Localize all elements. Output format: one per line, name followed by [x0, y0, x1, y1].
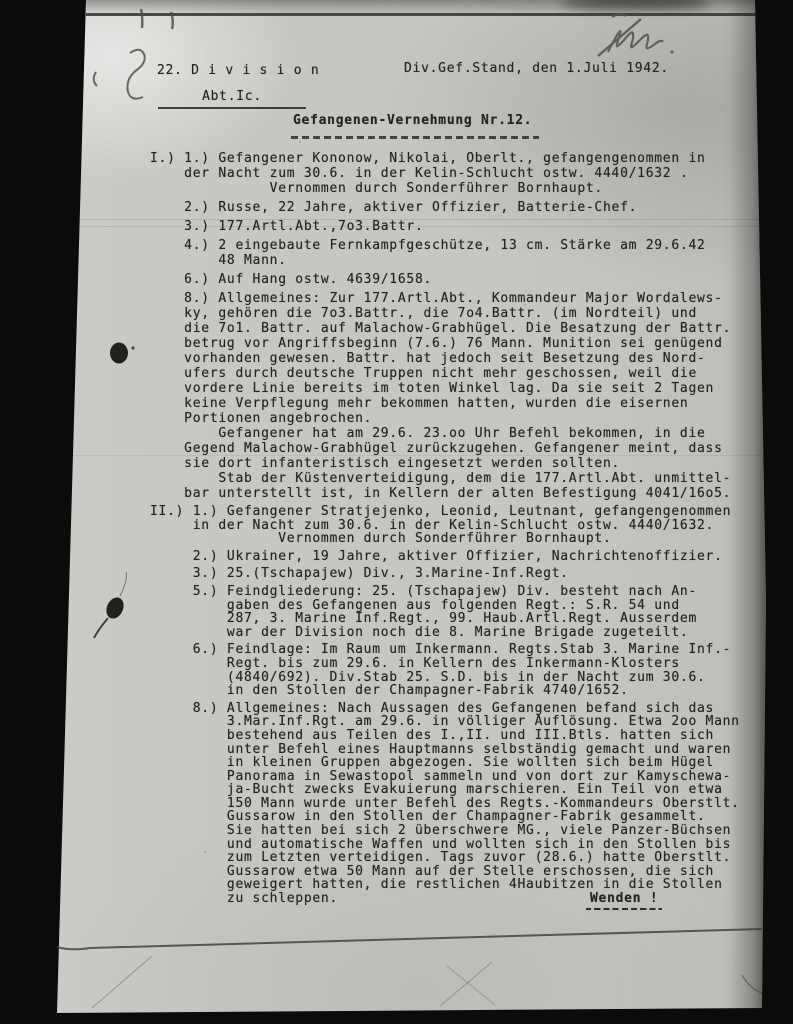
body-item: 2.) Ukrainer, 19 Jahre, aktiver Offizier…: [150, 550, 750, 564]
document-scan: 22. D i v i s i o n Abt.Ic. Div.Gef.Stan…: [0, 0, 793, 1024]
department-line: Abt.Ic.: [158, 85, 306, 109]
text-line: Vernommen durch Sonderführer Bornhaupt.: [150, 532, 750, 546]
text-line: 48 Mann.: [150, 253, 750, 268]
body-item: 8.) Allgemeines: Nach Aussagen des Gefan…: [150, 702, 750, 906]
text-line: 2.) Ukrainer, 19 Jahre, aktiver Offizier…: [150, 550, 750, 564]
text-line: Sie hatten bei sich 2 überschwere MG., v…: [150, 824, 750, 838]
body-item: 4.) 2 eingebaute Fernkampfgeschütze, 13 …: [150, 238, 750, 268]
text-line: 6.) Auf Hang ostw. 4639/1658.: [150, 272, 750, 287]
document-title: Gefangenen-Vernehmung Nr.12.: [293, 113, 532, 128]
text-line: II.) 1.) Gefangener Stratjejenko, Leonid…: [150, 505, 750, 519]
text-line: vorhanden gewesen. Battr. hat jedoch sei…: [150, 351, 750, 366]
text-line: gaben des Gefangenen aus folgenden Regt.…: [150, 599, 750, 613]
text-line: Regt. bis zum 29.6. in Kellern des Inker…: [150, 657, 750, 671]
body-item: 8.) Allgemeines: Zur 177.Artl.Abt., Komm…: [150, 291, 750, 501]
department-label: Abt.Ic.: [202, 89, 262, 104]
unit-designation: 22. D i v i s i o n: [157, 63, 319, 78]
text-line: der Nacht zum 30.6. in der Kelin-Schluch…: [150, 166, 750, 181]
text-line: 6.) Feindlage: Im Raum um Inkermann. Reg…: [150, 643, 750, 657]
text-line: (4840/692). Div.Stab 25. S.D. bis in der…: [150, 671, 750, 685]
text-line: 2.) Russe, 22 Jahre, aktiver Offizier, B…: [150, 200, 750, 215]
text-line: vordere Linie bereits im toten Winkel la…: [150, 381, 750, 396]
text-line: ja-Bucht zwecks Evakuierung marschieren.…: [150, 783, 750, 797]
text-line: in den Stollen der Champagner-Fabrik 474…: [150, 684, 750, 698]
text-line: 3.Mar.Inf.Rgt. am 29.6. in völliger Aufl…: [150, 715, 750, 729]
text-line: Portionen angebrochen.: [150, 411, 750, 426]
top-fold-line: [86, 13, 758, 16]
text-line: sie dort infanteristisch eingesetzt werd…: [150, 456, 750, 471]
text-line: unter Befehl eines Hauptmanns selbständi…: [150, 743, 750, 757]
text-line: betrug vor Angriffsbeginn (7.6.) 76 Mann…: [150, 336, 750, 351]
text-line: Gussarow in den Stollen der Champagner-F…: [150, 810, 750, 824]
text-line: 8.) Allgemeines: Nach Aussagen des Gefan…: [150, 702, 750, 716]
text-line: Stab der Küstenverteidigung, dem die 177…: [150, 471, 750, 486]
turn-page-note: Wenden !: [586, 891, 662, 910]
body-item: 2.) Russe, 22 Jahre, aktiver Offizier, B…: [150, 200, 750, 215]
text-line: Gussarow etwa 50 Mann auf der Stelle ers…: [150, 865, 750, 879]
text-line: Gegend Malachow-Grabhügel zurückzugehen.…: [150, 441, 750, 456]
text-line: ufers durch deutsche Truppen nicht mehr …: [150, 366, 750, 381]
text-line: 287, 3. Marine Inf.Regt., 99. Haub.Artl.…: [150, 612, 750, 626]
title-underline: [291, 136, 539, 139]
body-section: I.) 1.) Gefangener Kononow, Nikolai, Obe…: [150, 151, 750, 501]
document-body: I.) 1.) Gefangener Kononow, Nikolai, Obe…: [150, 151, 750, 910]
text-line: keine Verpflegung mehr bekommen hatten, …: [150, 396, 750, 411]
text-line: geweigert hatten, die restlichen 4Haubit…: [150, 878, 750, 892]
text-line: 5.) Feindgliederung: 25. (Tschapajew) Di…: [150, 585, 750, 599]
body-item: 3.) 177.Artl.Abt.,7o3.Battr.: [150, 219, 750, 234]
paper-sheet: 22. D i v i s i o n Abt.Ic. Div.Gef.Stan…: [0, 0, 793, 1024]
text-line: in der Nacht zum 30.6. in der Kelin-Schl…: [150, 519, 750, 533]
text-line: die 7o1. Battr. auf Malachow-Grabhügel. …: [150, 321, 750, 336]
text-line: I.) 1.) Gefangener Kononow, Nikolai, Obe…: [150, 151, 750, 166]
text-line: 150 Mann wurde unter Befehl des Regts.-K…: [150, 797, 750, 811]
text-line: Gefangener hat am 29.6. 23.oo Uhr Befehl…: [150, 426, 750, 441]
body-item: 3.) 25.(Tschapajew) Div., 3.Marine-Inf.R…: [150, 567, 750, 581]
text-line: in kleinen Gruppen abgezogen. Sie wollte…: [150, 756, 750, 770]
text-line: ky, gehören die 7o3.Battr., die 7o4.Batt…: [150, 306, 750, 321]
body-item: 6.) Auf Hang ostw. 4639/1658.: [150, 272, 750, 287]
body-item: II.) 1.) Gefangener Stratjejenko, Leonid…: [150, 505, 750, 546]
body-item: 5.) Feindgliederung: 25. (Tschapajew) Di…: [150, 585, 750, 639]
body-section: II.) 1.) Gefangener Stratjejenko, Leonid…: [150, 505, 750, 906]
dateline: Div.Gef.Stand, den 1.Juli 1942.: [404, 61, 669, 76]
text-line: Panorama in Sewastopol sammeln und von d…: [150, 770, 750, 784]
body-item: 6.) Feindlage: Im Raum um Inkermann. Reg…: [150, 643, 750, 697]
text-line: 3.) 25.(Tschapajew) Div., 3.Marine-Inf.R…: [150, 567, 750, 581]
text-line: zum Letzten verteidigen. Tags zuvor (28.…: [150, 851, 750, 865]
text-line: bar unterstellt ist, in Kellern der alte…: [150, 486, 750, 501]
text-line: war der Division noch die 8. Marine Brig…: [150, 626, 750, 640]
text-line: und automatische Waffen und wollten sich…: [150, 838, 750, 852]
text-line: 8.) Allgemeines: Zur 177.Artl.Abt., Komm…: [150, 291, 750, 306]
text-line: Vernommen durch Sonderführer Bornhaupt.: [150, 181, 750, 196]
body-item: I.) 1.) Gefangener Kononow, Nikolai, Obe…: [150, 151, 750, 196]
text-line: 3.) 177.Artl.Abt.,7o3.Battr.: [150, 219, 750, 234]
text-line: bestehend aus Teilen des I.,II. und III.…: [150, 729, 750, 743]
text-line: 4.) 2 eingebaute Fernkampfgeschütze, 13 …: [150, 238, 750, 253]
